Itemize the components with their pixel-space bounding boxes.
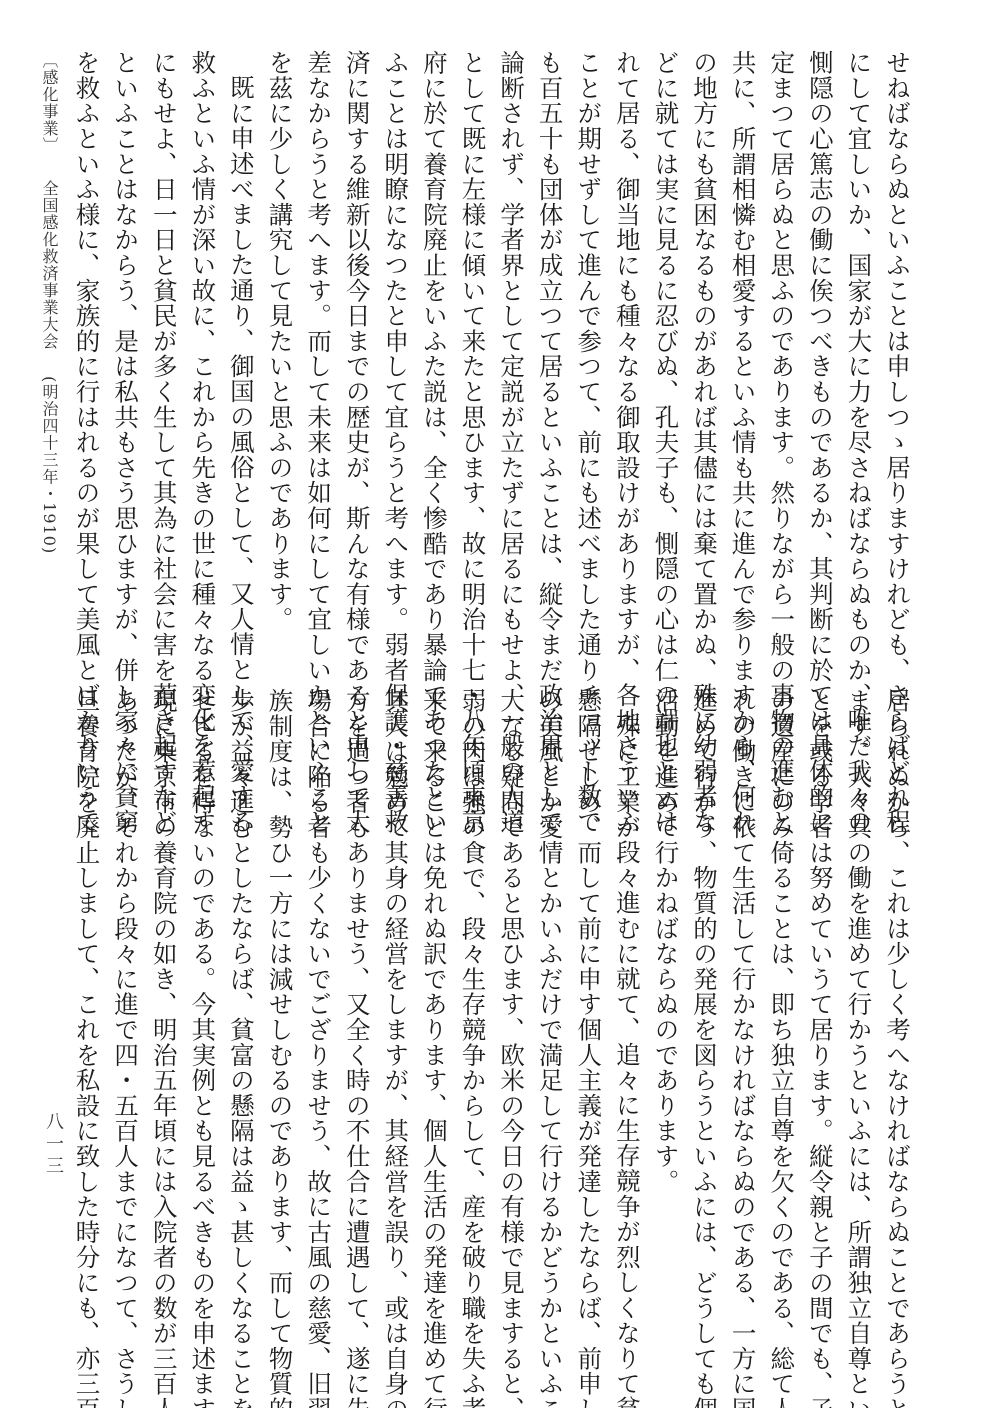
text-column: 惻隠の心篤志の働に俟つべきものであるか、其判断に於ては具体的に xyxy=(800,50,839,650)
text-column: を救ふといふ様に、家族的に行はれるのが果して美風とばかりいうて xyxy=(67,50,106,650)
text-column: 救ふといふ情が深い故に、これから先きの世に種々なる変化を惹起す xyxy=(183,50,222,650)
conference-title: 全国感化救済事業大会 xyxy=(38,180,61,350)
text-column: ふことは明瞭になつたと申して宜らうと考へます。弱者保護・慈善救 xyxy=(376,50,415,650)
text-column: として既に左様に傾いて来たと思ひます、故に明治十七・八年頃東京 xyxy=(453,50,492,650)
text-column: 既に申述べました通り、御国の風俗として、又人情として、愛する xyxy=(221,50,260,650)
text-column: 進めて行かう、物質的の発展を図らうといふには、どうしても個人的 xyxy=(684,688,723,1288)
text-column: の地方にも貧困なるものがあれば其儘には棄て置かぬ、殊に幼弱者な xyxy=(684,50,723,650)
text-column: 方を過つ者もありませう、又全く時の不仕合に遭遇して、遂に失路の xyxy=(337,688,376,1288)
text-column: どに就ては実に見るに忍びぬ、孔夫子も、惻隠の心は仁の端也と云は xyxy=(646,50,685,650)
upper-text-block: せねばならぬといふことは申しつゝ居りますけれども、さらばどれ程にして宜しいか、国… xyxy=(67,50,916,650)
text-column: 論断されず、学者界として定説が立たずに居るにもせよ、一般の人道 xyxy=(491,50,530,650)
text-column: 大なる疑問であると思ひます、欧米の今日の有様で見ますると、所謂 xyxy=(491,688,530,1288)
text-column: 其人は勉めて其身の経営をしますが、其経営を誤り、或は自身のやり xyxy=(376,688,415,1288)
lower-text-block: 居られぬから、これは少しく考へなければならぬことであらうと思ひます。人々其の働を… xyxy=(67,688,916,1288)
text-column: とを或る学者は努めていうて居ります。縦令親と子の間でも、子が親 xyxy=(800,688,839,1288)
text-column: 現に東京市の養育院の如き、明治五年頃には入院者の数が三百人位で xyxy=(144,688,183,1288)
text-column: といふことはなからう、是は私共もさう思ひますが、併し家々に貧窮 xyxy=(106,50,145,650)
text-column: 族制度は、勢ひ一方には減せしむるのであります、而して物質的の進 xyxy=(260,688,299,1288)
document-page: せねばならぬといふことは申しつゝ居りますけれども、さらばどれ程にして宜しいか、国… xyxy=(0,0,1004,1408)
text-column: を茲に少しく講究して見たいと思ふのであります。 xyxy=(260,50,299,650)
text-column: にして宜しいか、国家が大に力を尽さねばならぬものか、唯だ我々の xyxy=(839,50,878,650)
text-column: 弱の肉は強の食で、段々生存競争からして、産を破り職を失ふ者の出 xyxy=(453,688,492,1288)
text-column: 殊に工業が段々進むに就て、追々に生存競争が烈しくなりて貧富を xyxy=(607,688,646,1288)
text-column: 活動を進めて行かねばならぬのであります。 xyxy=(646,688,685,1288)
text-column: 場合に陥る者も少くないでござりませう、故に古風の慈愛、旧習の家 xyxy=(299,688,338,1288)
text-column: れて居る、御当地にも種々なる御取設けがありますが、各地さういふ xyxy=(607,50,646,650)
text-column: 歩が益々進むとしたならば、貧富の懸隔は益ゝ甚しくなることを予期 xyxy=(221,688,260,1288)
text-column: あつたが、それから段々に進で四・五百人までになつて、さうして一 xyxy=(106,688,145,1288)
text-column: 共に、所謂相憐む相愛するといふ情も共に進んで参りますから、何れ xyxy=(723,50,762,650)
text-column: 懸隔せしめ、而して前に申す個人主義が発達したならば、前申した所 xyxy=(569,688,608,1288)
text-column: 府に於て養育院廃止をいふた説は、全く惨酷であり暴論であつたとい xyxy=(414,50,453,650)
text-column: ことが期せずして進んで参つて、前にも述べました通りチョット数で xyxy=(569,50,608,650)
text-column: にもせよ、日一日と貧民が多く生して其為に社会に害を惹き起すなど xyxy=(144,50,183,650)
text-column: 済に関する維新以後今日までの歴史が、斯んな有様であると申して大 xyxy=(337,50,376,650)
text-column: 旦養育院を廃止しまして、これを私設に致した時分にも、亦三百人位 xyxy=(67,688,106,1288)
running-footer: 〔感化事業〕全国感化救済事業大会(明治四十三年・1910) xyxy=(38,52,61,554)
text-column: ます。人々其の働を進めて行かうといふには、所謂独立自尊といふこ xyxy=(839,688,878,1288)
text-column: 差なからうと考へます。而して未来は如何にして宜しいかといふこと xyxy=(299,50,338,650)
text-column: の遺産にのみ倚ることは、即ち独立自尊を欠くのである、総て人は己 xyxy=(762,688,801,1288)
text-column: の美風とか愛情とかいふだけで満足して行けるかどうかといふことは xyxy=(530,688,569,1288)
text-column: 居られぬから、これは少しく考へなければならぬことであらうと思ひ xyxy=(877,688,916,1288)
text-column: も百五十も団体が成立つて居るといふことは、縦令まだ政治界として xyxy=(530,50,569,650)
text-column: せねばならぬといふことは申しつゝ居りますけれども、さらばどれ程 xyxy=(877,50,916,650)
text-column: れの働きに依て生活して行かなければならぬのである、一方に国運を xyxy=(723,688,762,1288)
text-column: 来て来ることは免れぬ訳であります、個人生活の発達を進めて行く程 xyxy=(414,688,453,1288)
text-column: 定まつて居らぬと思ふのであります。然りながら一般の事物の進むと xyxy=(762,50,801,650)
text-column: せざるを得ないのである。今其実例とも見るべきものを申述ますれば xyxy=(183,688,222,1288)
section-label: 〔感化事業〕 xyxy=(38,52,61,154)
page-number: 八一三 xyxy=(40,1112,66,1178)
conference-date: (明治四十三年・1910) xyxy=(38,376,61,554)
